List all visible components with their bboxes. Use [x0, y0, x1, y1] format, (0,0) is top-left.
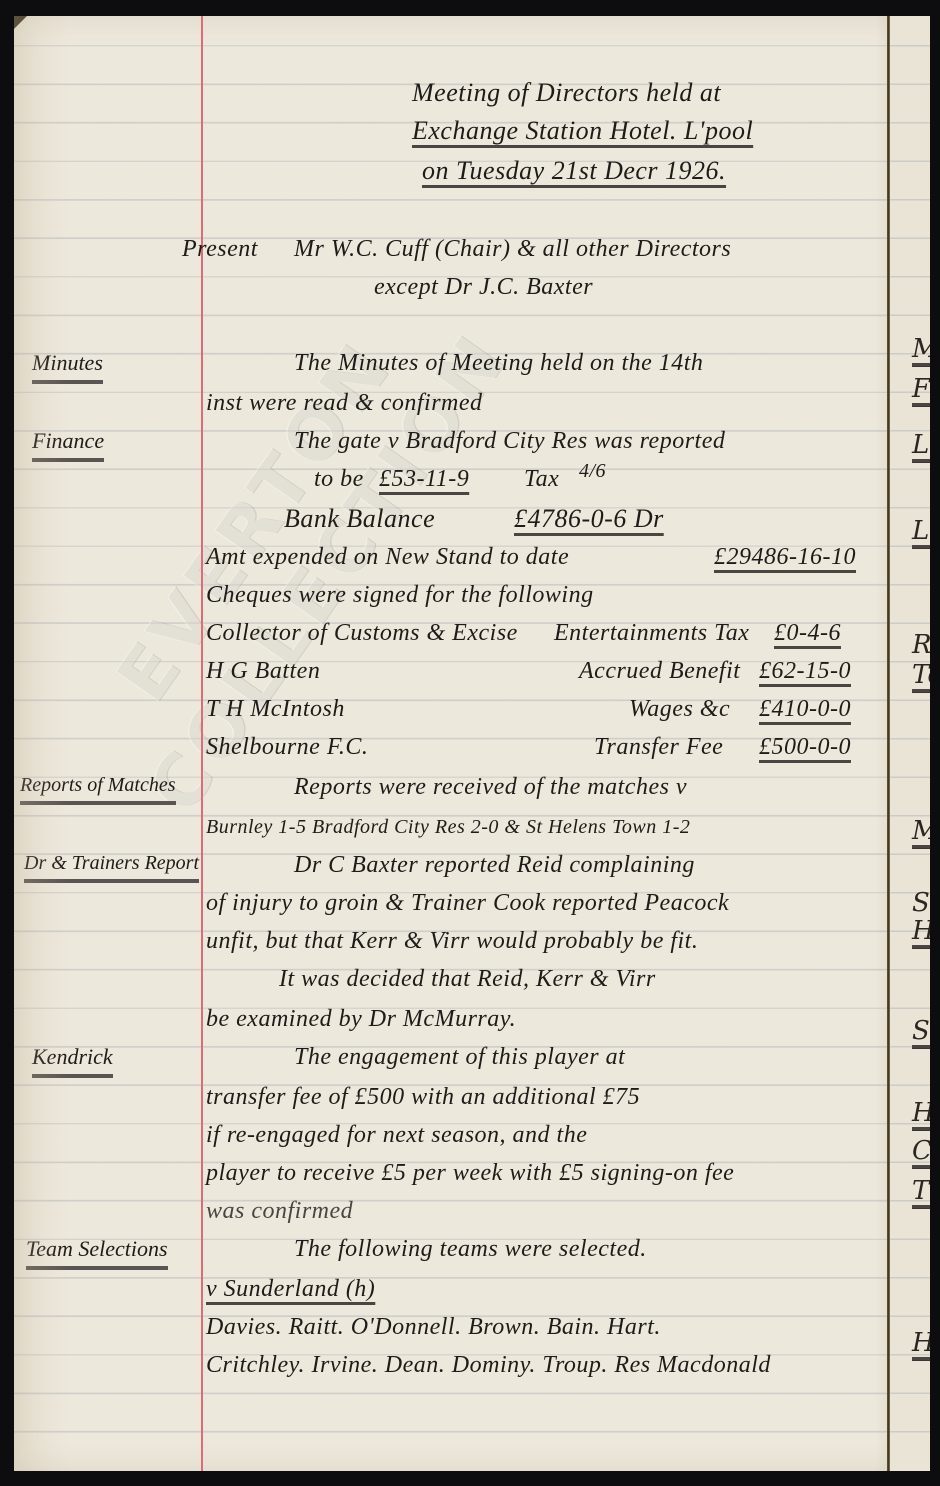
margin-heading-reports-of-matches: Reports of Matches [20, 774, 176, 805]
dr-report-line-1: Dr C Baxter reported Reid complaining [294, 852, 695, 879]
facing-fragment: Sc [912, 888, 930, 918]
facing-fragment: H [912, 1328, 930, 1361]
facing-fragment: F [912, 374, 930, 407]
tax-amount: 4/6 [579, 460, 606, 483]
facing-fragment: M [912, 334, 930, 367]
dr-report-line-4: It was decided that Reid, Kerr & Virr [279, 966, 656, 993]
facing-fragment: M [912, 816, 930, 849]
cheque-purpose: Transfer Fee [594, 734, 723, 761]
facing-page: M F Le Le Re Te M Sc H Sh H Ch Tw H [890, 16, 930, 1471]
cheque-purpose: Entertainments Tax [554, 620, 749, 647]
cheque-payee: Shelbourne F.C. [206, 734, 368, 761]
kendrick-line-5: was confirmed [206, 1198, 353, 1225]
reports-line-1: Reports were received of the matches v [294, 774, 687, 801]
margin-heading-kendrick: Kendrick [32, 1044, 113, 1078]
dr-report-line-5: be examined by Dr McMurray. [206, 1006, 516, 1033]
new-stand-label: Amt expended on New Stand to date [206, 544, 569, 571]
page-corner [14, 16, 30, 32]
reports-results: Burnley 1-5 Bradford City Res 2-0 & St H… [206, 816, 690, 839]
cheque-payee: H G Batten [206, 658, 320, 685]
margin-heading-dr-trainers-report: Dr & Trainers Report [24, 852, 199, 883]
gate-amount: £53-11-9 [379, 466, 469, 493]
facing-fragment: Sh [912, 1016, 930, 1049]
cheque-payee: Collector of Customs & Excise [206, 620, 518, 647]
dr-report-line-2: of injury to groin & Trainer Cook report… [206, 890, 729, 917]
team-selections-line-1: The following teams were selected. [294, 1236, 647, 1263]
team-lineup-line-2: Critchley. Irvine. Dean. Dominy. Troup. … [206, 1352, 771, 1379]
cheque-purpose: Wages &c [629, 696, 730, 723]
facing-fragment: Ch [912, 1136, 930, 1169]
margin-heading-minutes: Minutes [32, 350, 103, 384]
finance-gate-line: The gate v Bradford City Res was reporte… [294, 428, 725, 455]
heading-line-3: on Tuesday 21st Decr 1926. [422, 156, 726, 186]
cheque-amount: £0-4-6 [774, 620, 841, 647]
heading-line-2: Exchange Station Hotel. L'pool [412, 116, 753, 146]
margin-heading-finance: Finance [32, 428, 104, 462]
facing-fragment: H [912, 1098, 930, 1131]
facing-fragment: Te [912, 660, 930, 693]
bank-balance-label: Bank Balance [284, 504, 435, 534]
minutes-line-2: inst were read & confirmed [206, 390, 483, 417]
finance-to-be: to be [314, 466, 364, 493]
facing-fragment: Re [912, 630, 930, 660]
team-lineup-line-1: Davies. Raitt. O'Donnell. Brown. Bain. H… [206, 1314, 661, 1341]
kendrick-line-4: player to receive £5 per week with £5 si… [206, 1160, 734, 1187]
cheque-amount: £500-0-0 [759, 734, 851, 761]
present-label: Present [182, 236, 258, 263]
kendrick-line-2: transfer fee of £500 with an additional … [206, 1084, 640, 1111]
facing-fragment: Tw [912, 1176, 930, 1209]
facing-fragment: Le [912, 516, 930, 549]
facing-fragment: H [912, 916, 930, 949]
ledger-page: EVERTON COLLECTION Meeting of Directors … [14, 16, 930, 1471]
heading-line-1: Meeting of Directors held at [412, 78, 721, 108]
tax-label: Tax [524, 466, 559, 493]
cheque-amount: £410-0-0 [759, 696, 851, 723]
bank-balance-amount: £4786-0-6 Dr [514, 504, 664, 534]
minutes-line-1: The Minutes of Meeting held on the 14th [294, 350, 703, 377]
facing-fragment: Le [912, 430, 930, 463]
cheque-amount: £62-15-0 [759, 658, 851, 685]
cheques-intro: Cheques were signed for the following [206, 582, 594, 609]
present-line-2: except Dr J.C. Baxter [374, 274, 593, 301]
team-opponent: v Sunderland (h) [206, 1276, 375, 1303]
kendrick-line-1: The engagement of this player at [294, 1044, 625, 1071]
present-line-1: Mr W.C. Cuff (Chair) & all other Directo… [294, 236, 731, 263]
margin-heading-team-selections: Team Selections [26, 1236, 168, 1270]
kendrick-line-3: if re-engaged for next season, and the [206, 1122, 587, 1149]
red-margin-rule [201, 16, 203, 1471]
cheque-purpose: Accrued Benefit [579, 658, 740, 685]
new-stand-amount: £29486-16-10 [714, 544, 856, 571]
cheque-payee: T H McIntosh [206, 696, 345, 723]
dr-report-line-3: unfit, but that Kerr & Virr would probab… [206, 928, 698, 955]
